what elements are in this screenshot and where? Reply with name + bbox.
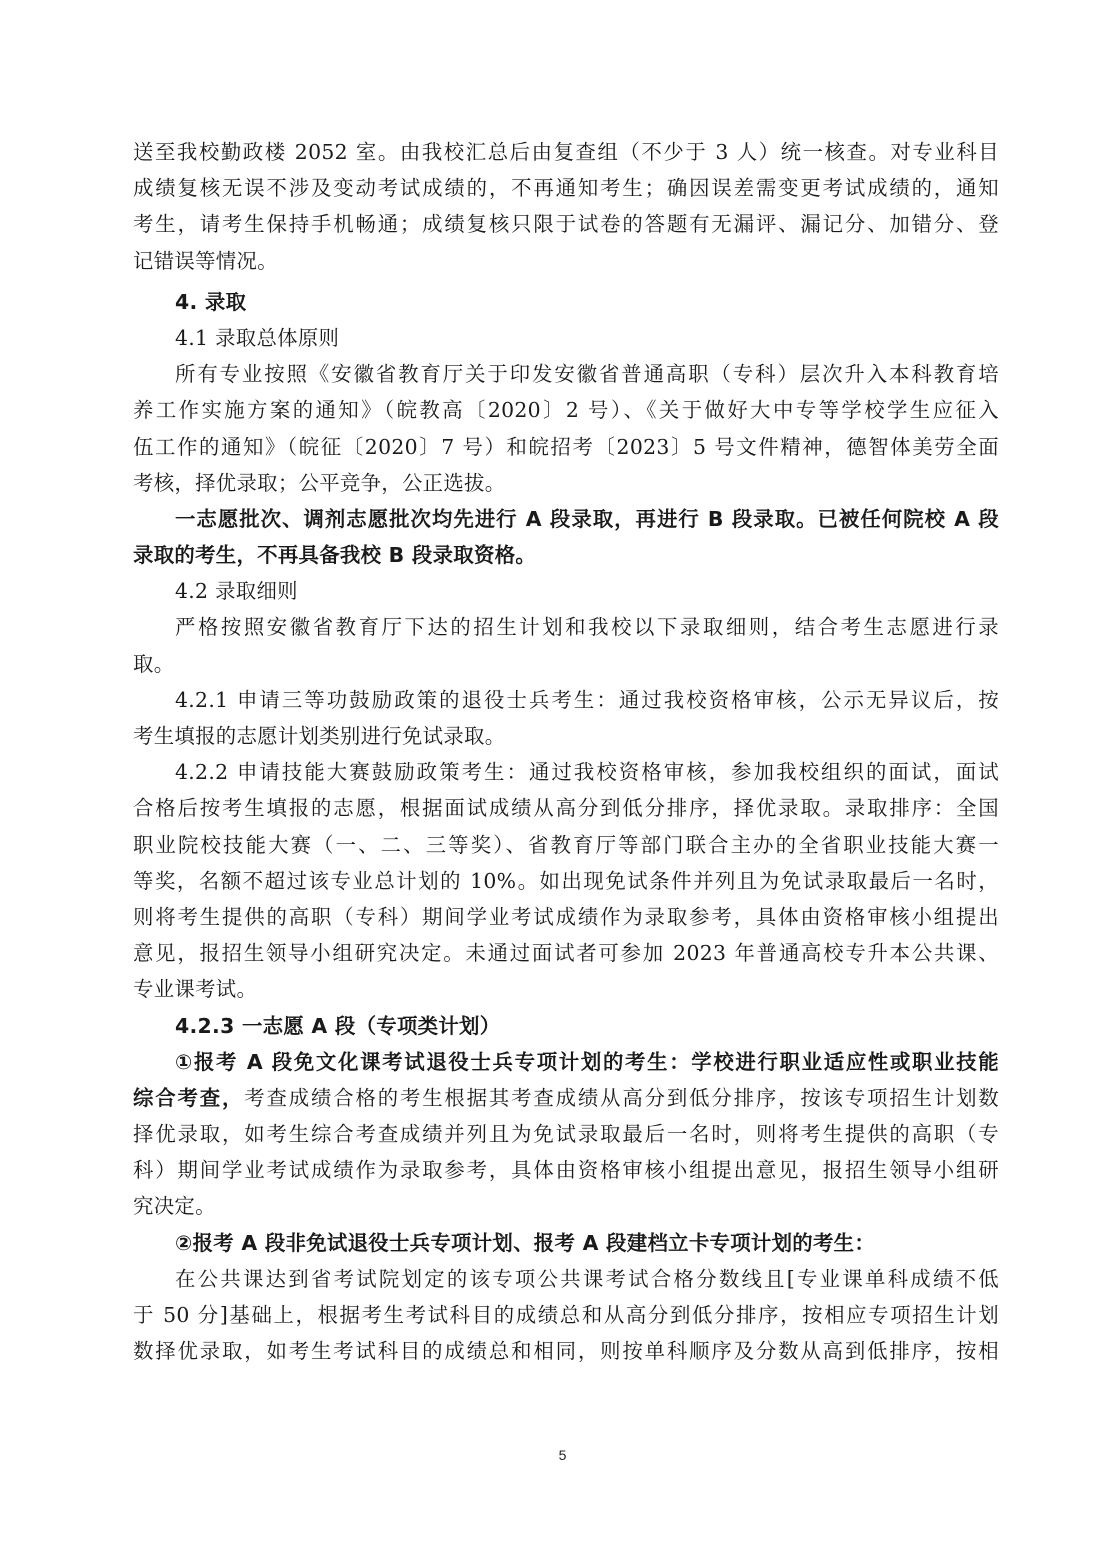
text-line: ②报考 A 段非免试退役士兵专项计划、报考 A 段建档立卡专项计划的考生： <box>133 1225 999 1261</box>
text-line: 所有专业按照《安徽省教育厅关于印发安徽省普通高职（专科）层次升入本科教育培 <box>133 356 999 392</box>
paragraph-4-2-2: 4.2.2 申请技能大赛鼓励政策考生：通过我校资格审核，参加我校组织的面试，面试… <box>133 754 999 1007</box>
text-line: 在公共课达到省考试院划定的该专项公共课考试合格分数线且[专业课单科成绩不低 <box>133 1261 999 1297</box>
continuation-paragraph: 送至我校勤政楼 2052 室。由我校汇总后由复查组（不少于 3 人）统一核查。对… <box>133 134 999 279</box>
text-span: 考查成绩合格的考生根据其考查成绩从高分到低分排序，按该专项招生计划数 <box>244 1086 999 1110</box>
bold-phrase: 综合考查， <box>133 1086 244 1110</box>
subsection-heading-4-2: 4.2 录取细则 <box>133 573 999 609</box>
text-line: 4.2.1 申请三等功鼓励政策的退役士兵考生：通过我校资格审核，公示无异议后，按 <box>133 682 999 718</box>
text-line: 考生填报的志愿计划类别进行免试录取。 <box>133 718 999 754</box>
text-line: 专业课考试。 <box>133 971 999 1007</box>
text-line: 养工作实施方案的通知》（皖教高〔2020〕2 号）、《关于做好大中专等学校学生应… <box>133 392 999 428</box>
text-line: 意见，报招生领导小组研究决定。未通过面试者可参加 2023 年普通高校专升本公共… <box>133 935 999 971</box>
text-line: 数择优录取，如考生考试科目的成绩总和相同，则按单科顺序及分数从高到低排序，按相 <box>133 1333 999 1369</box>
text-line: 考生，请考生保持手机畅通；成绩复核只限于试卷的答题有无漏评、漏记分、加错分、登 <box>133 206 999 242</box>
paragraph-4-1: 所有专业按照《安徽省教育厅关于印发安徽省普通高职（专科）层次升入本科教育培 养工… <box>133 356 999 501</box>
section-heading-4: 4. 录取 <box>133 284 999 320</box>
text-line: 考核，择优录取；公平竞争，公正选拔。 <box>133 465 999 501</box>
subsection-heading-4-1: 4.1 录取总体原则 <box>133 320 999 356</box>
text-line: 科）期间学业考试成绩作为录取参考，具体由资格审核小组提出意见，报招生领导小组研 <box>133 1152 999 1188</box>
text-line: 则将考生提供的高职（专科）期间学业考试成绩作为录取参考，具体由资格审核小组提出 <box>133 899 999 935</box>
text-line: 严格按照安徽省教育厅下达的招生计划和我校以下录取细则，结合考生志愿进行录 <box>133 609 999 645</box>
text-line: 综合考查，考查成绩合格的考生根据其考查成绩从高分到低分排序，按该专项招生计划数 <box>133 1080 999 1116</box>
text-line: 一志愿批次、调剂志愿批次均先进行 A 段录取，再进行 B 段录取。已被任何院校 … <box>133 501 999 537</box>
bold-paragraph-4-1: 一志愿批次、调剂志愿批次均先进行 A 段录取，再进行 B 段录取。已被任何院校 … <box>133 501 999 573</box>
page-number: 5 <box>0 1447 1102 1463</box>
text-line: 合格后按考生填报的志愿，根据面试成绩从高分到低分排序，择优录取。录取排序：全国 <box>133 790 999 826</box>
paragraph-4-2-1: 4.2.1 申请三等功鼓励政策的退役士兵考生：通过我校资格审核，公示无异议后，按… <box>133 682 999 754</box>
text-line: 职业院校技能大赛（一、二、三等奖）、省教育厅等部门联合主办的全省职业技能大赛一 <box>133 827 999 863</box>
text-line: 送至我校勤政楼 2052 室。由我校汇总后由复查组（不少于 3 人）统一核查。对… <box>133 134 999 170</box>
text-line: 究决定。 <box>133 1188 999 1224</box>
text-line: 录取的考生，不再具备我校 B 段录取资格。 <box>133 537 999 573</box>
text-line: 择优录取，如考生综合考查成绩并列且为免试录取最后一名时，则将考生提供的高职（专 <box>133 1116 999 1152</box>
text-line: 于 50 分]基础上，根据考生考试科目的成绩总和从高分到低分排序，按相应专项招生… <box>133 1297 999 1333</box>
paragraph-4-2: 严格按照安徽省教育厅下达的招生计划和我校以下录取细则，结合考生志愿进行录 取。 <box>133 609 999 681</box>
text-line: 取。 <box>133 646 999 682</box>
text-line: 4.2.2 申请技能大赛鼓励政策考生：通过我校资格审核，参加我校组织的面试，面试 <box>133 754 999 790</box>
text-line: 成绩复核无误不涉及变动考试成绩的，不再通知考生；确因误差需变更考试成绩的，通知 <box>133 170 999 206</box>
subsection-heading-4-2-3: 4.2.3 一志愿 A 段（专项类计划） <box>133 1008 999 1044</box>
item-2-paragraph: ②报考 A 段非免试退役士兵专项计划、报考 A 段建档立卡专项计划的考生： 在公… <box>133 1225 999 1370</box>
item-1-paragraph: ①报考 A 段免文化课考试退役士兵专项计划的考生：学校进行职业适应性或职业技能 … <box>133 1044 999 1225</box>
document-page: 送至我校勤政楼 2052 室。由我校汇总后由复查组（不少于 3 人）统一核查。对… <box>133 134 999 1369</box>
text-line: ①报考 A 段免文化课考试退役士兵专项计划的考生：学校进行职业适应性或职业技能 <box>133 1044 999 1080</box>
text-line: 等奖，名额不超过该专业总计划的 10%。如出现免试条件并列且为免试录取最后一名时… <box>133 863 999 899</box>
text-line: 伍工作的通知》（皖征〔2020〕7 号）和皖招考〔2023〕5 号文件精神，德智… <box>133 429 999 465</box>
text-line: 记错误等情况。 <box>133 243 999 279</box>
